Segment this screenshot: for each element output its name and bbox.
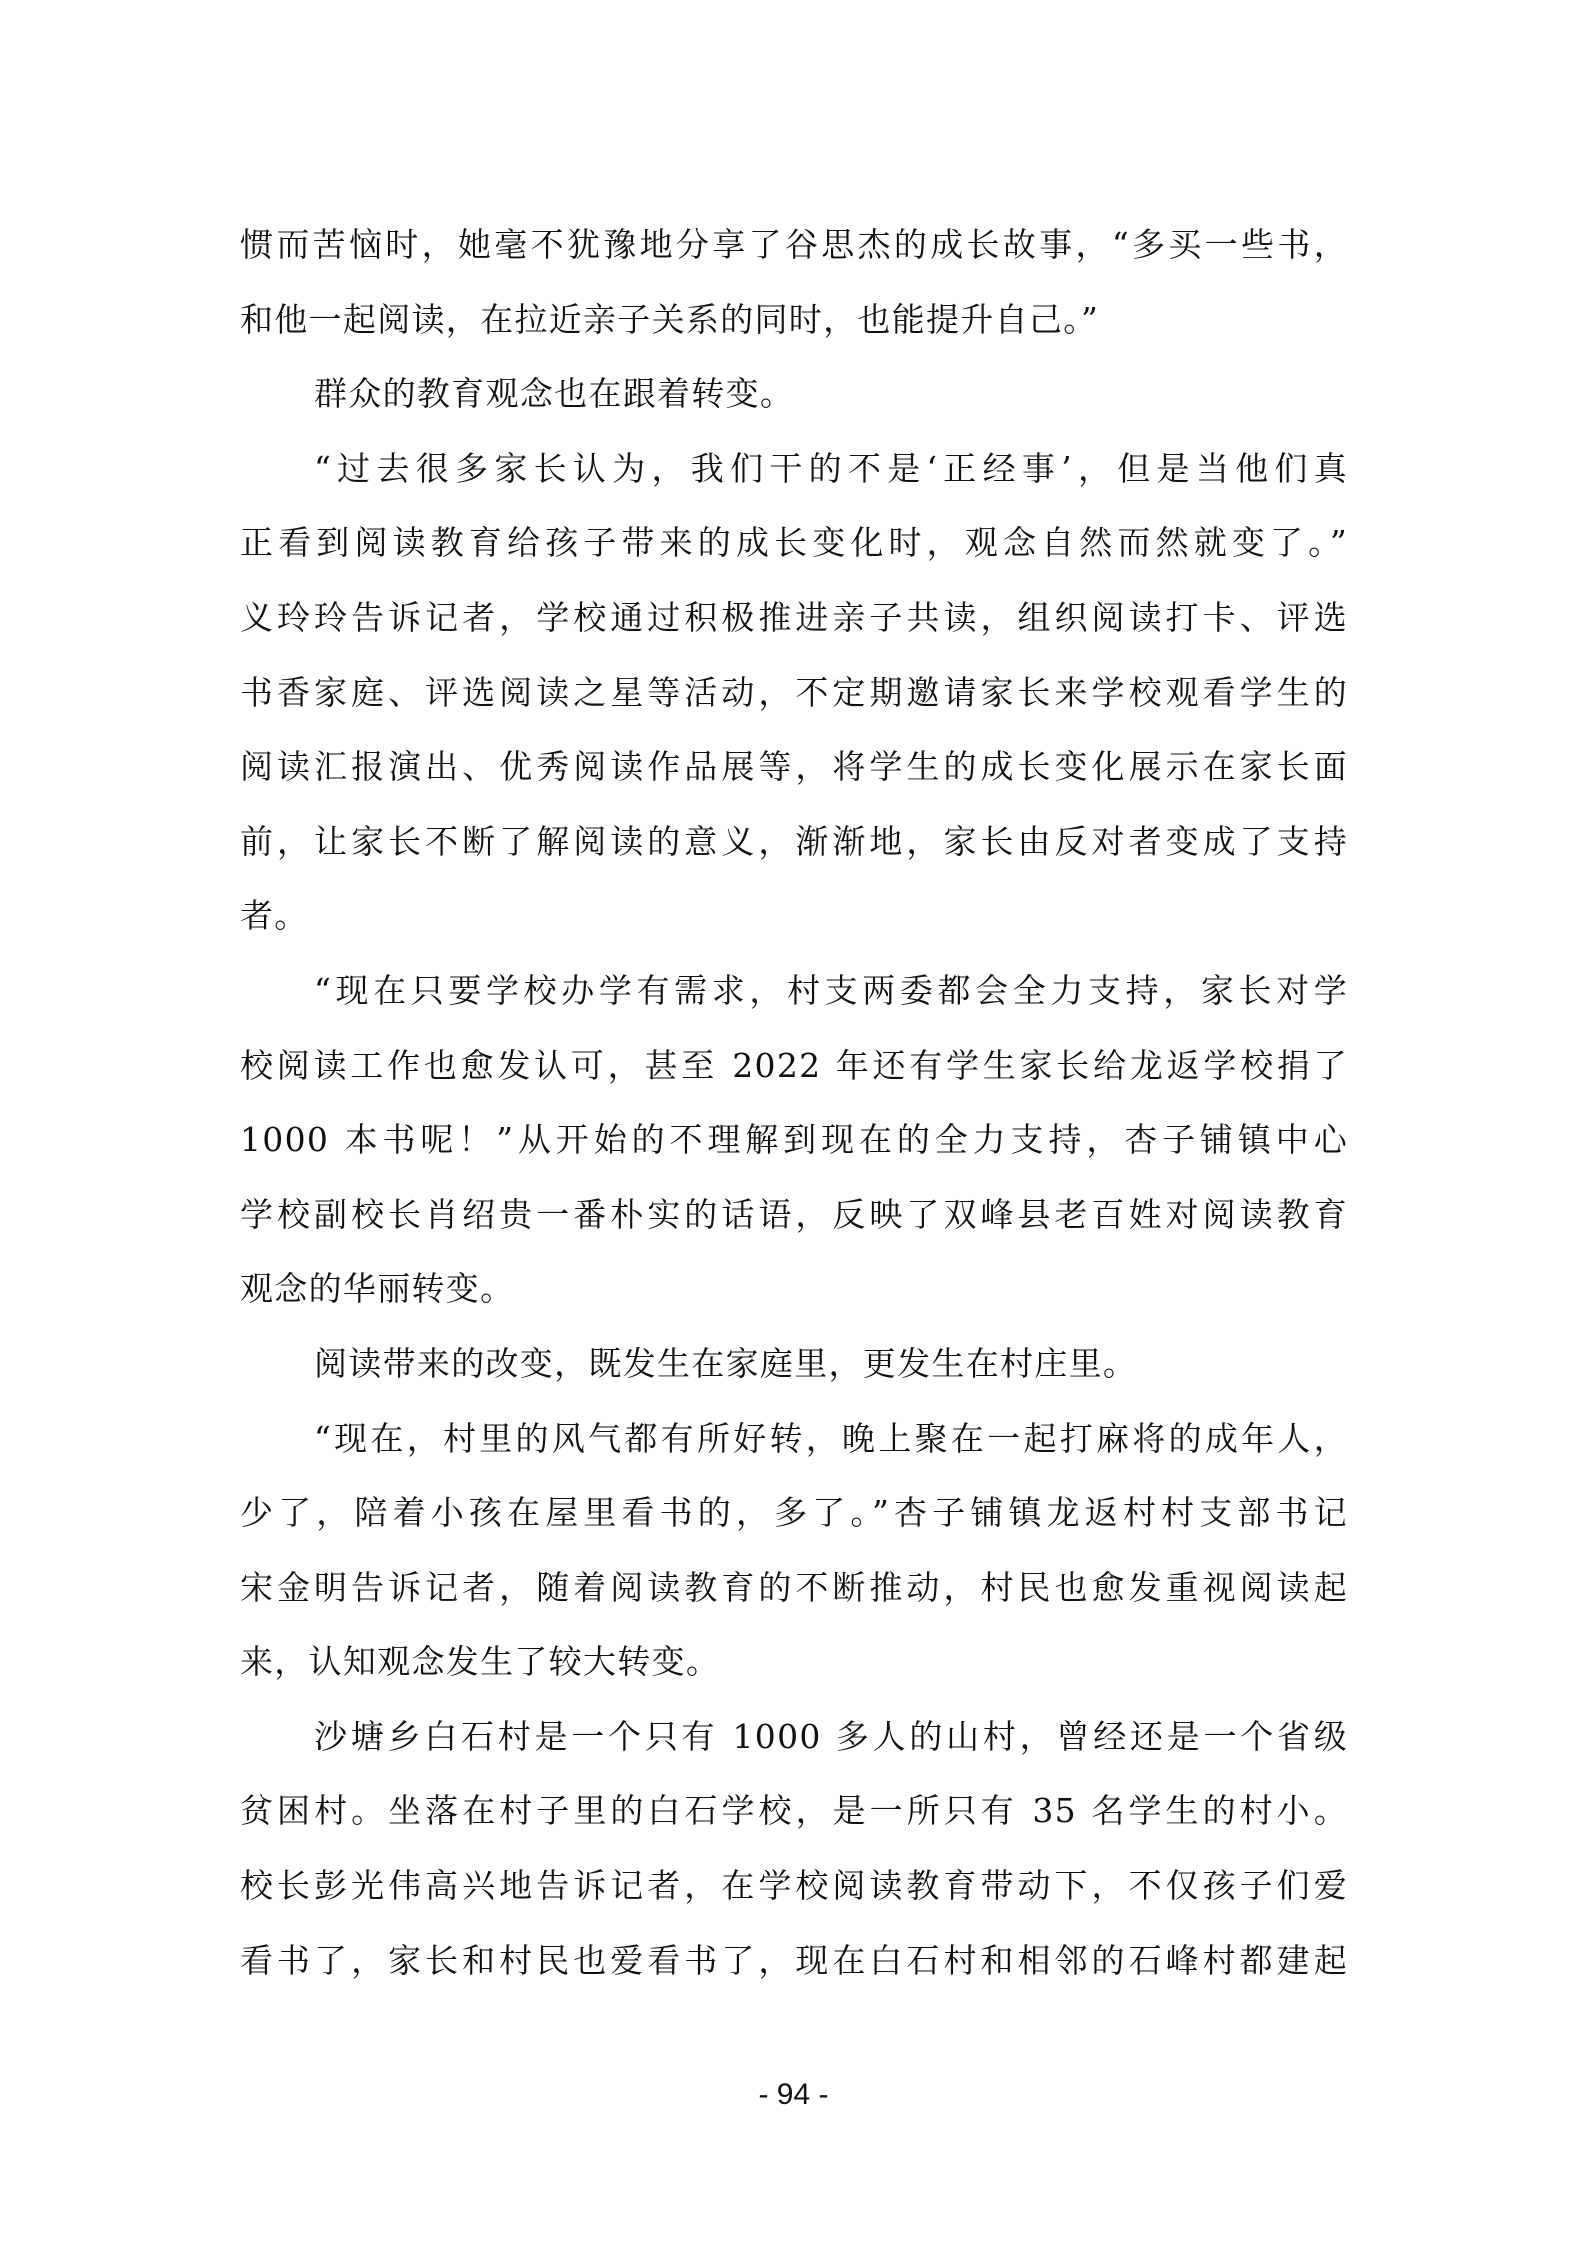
page-number: - 94 -: [0, 2078, 1587, 2112]
text-line: 贫困村。坐落在村子里的白石学校，是一所只有 35 名学生的村小。: [240, 1774, 1348, 1849]
text-line: 书香家庭、评选阅读之星等活动，不定期邀请家长来学校观看学生的: [240, 656, 1348, 731]
text-line: 学校副校长肖绍贵一番朴实的话语，反映了双峰县老百姓对阅读教育: [240, 1178, 1348, 1253]
text-line: 前，让家长不断了解阅读的意义，渐渐地，家长由反对者变成了支持: [240, 805, 1348, 880]
document-page: 惯而苦恼时，她毫不犹豫地分享了谷思杰的成长故事，“多买一些书， 和他一起阅读，在…: [0, 0, 1587, 2245]
text-line: “现在，村里的风气都有所好转，晚上聚在一起打麻将的成年人，: [240, 1402, 1348, 1477]
body-text: 惯而苦恼时，她毫不犹豫地分享了谷思杰的成长故事，“多买一些书， 和他一起阅读，在…: [240, 208, 1348, 1998]
text-line: 少了，陪着小孩在屋里看书的，多了。”杏子铺镇龙返村村支部书记: [240, 1476, 1348, 1551]
text-line: 来，认知观念发生了较大转变。: [240, 1625, 1348, 1700]
text-line: 正看到阅读教育给孩子带来的成长变化时，观念自然而然就变了。”: [240, 506, 1348, 581]
text-line: 沙塘乡白石村是一个只有 1000 多人的山村，曾经还是一个省级: [240, 1700, 1348, 1775]
text-line: 校阅读工作也愈发认可，甚至 2022 年还有学生家长给龙返学校捐了: [240, 1029, 1348, 1104]
text-line: 和他一起阅读，在拉近亲子关系的同时，也能提升自己。”: [240, 283, 1348, 358]
text-line: 观念的华丽转变。: [240, 1252, 1348, 1327]
text-line: 1000 本书呢！”从开始的不理解到现在的全力支持，杏子铺镇中心: [240, 1103, 1348, 1178]
text-line: 宋金明告诉记者，随着阅读教育的不断推动，村民也愈发重视阅读起: [240, 1551, 1348, 1626]
text-line: 看书了，家长和村民也爱看书了，现在白石村和相邻的石峰村都建起: [240, 1924, 1348, 1999]
text-line: “现在只要学校办学有需求，村支两委都会全力支持，家长对学: [240, 954, 1348, 1029]
text-line: 惯而苦恼时，她毫不犹豫地分享了谷思杰的成长故事，“多买一些书，: [240, 208, 1348, 283]
text-line: 阅读带来的改变，既发生在家庭里，更发生在村庄里。: [240, 1327, 1348, 1402]
text-line: 群众的教育观念也在跟着转变。: [240, 357, 1348, 432]
text-line: “过去很多家长认为，我们干的不是‘正经事’，但是当他们真: [240, 432, 1348, 507]
text-line: 阅读汇报演出、优秀阅读作品展等，将学生的成长变化展示在家长面: [240, 730, 1348, 805]
text-line: 义玲玲告诉记者，学校通过积极推进亲子共读，组织阅读打卡、评选: [240, 581, 1348, 656]
text-line: 校长彭光伟高兴地告诉记者，在学校阅读教育带动下，不仅孩子们爱: [240, 1849, 1348, 1924]
text-line: 者。: [240, 879, 1348, 954]
